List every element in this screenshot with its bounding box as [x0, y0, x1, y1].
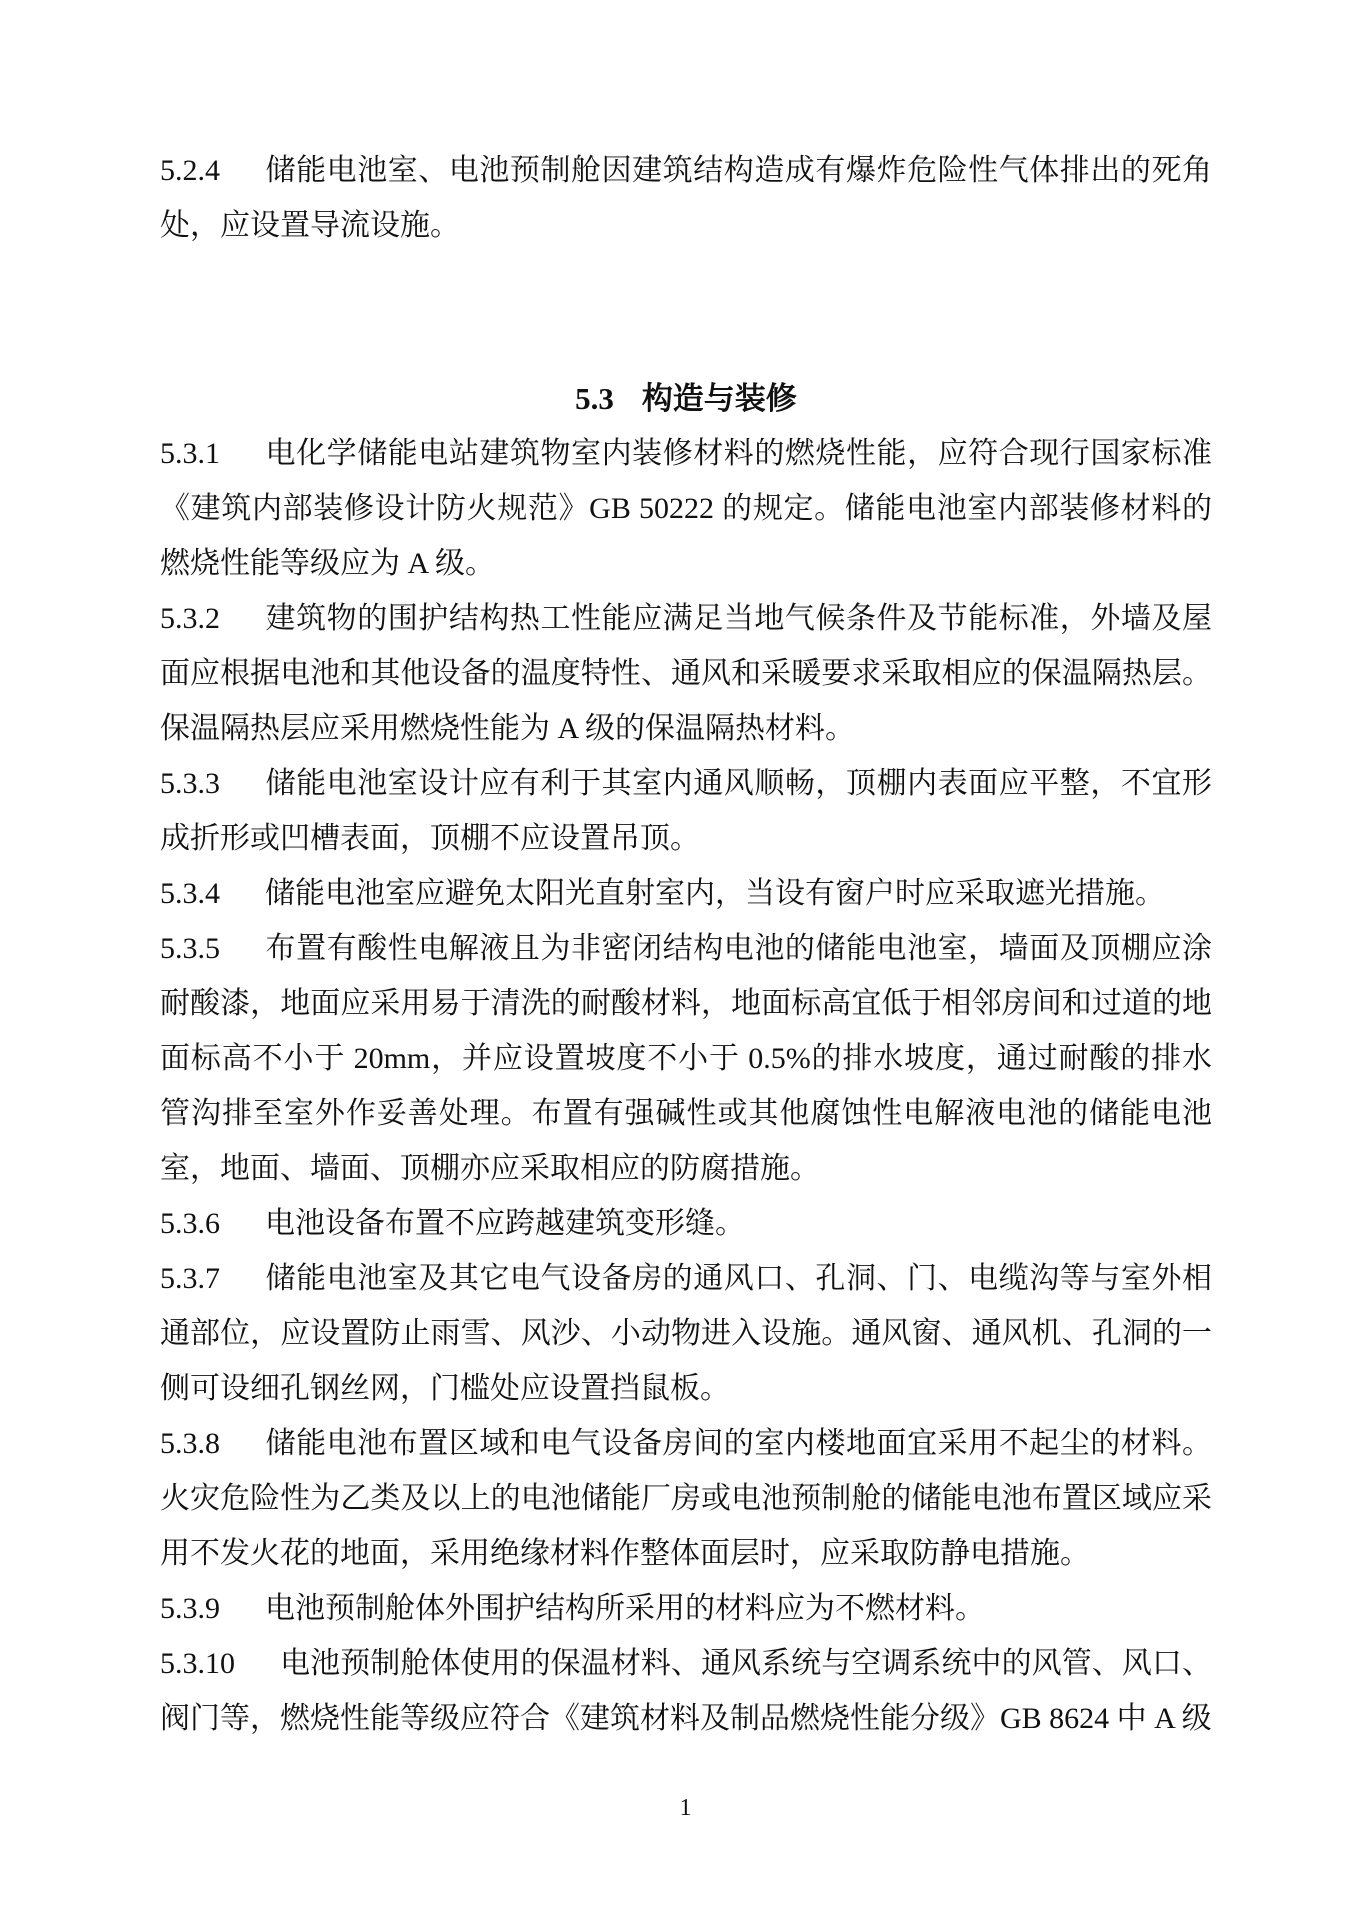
- clause-number: 5.3.3: [160, 767, 220, 800]
- clause-number: 5.2.4: [160, 154, 220, 187]
- clause-paragraph-533: 5.3.3储能电池室设计应有利于其室内通风顺畅，顶棚内表面应平整，不宜形成折形或…: [160, 756, 1212, 866]
- clause-number: 5.3.2: [160, 602, 220, 635]
- clause-paragraph-524: 5.2.4储能电池室、电池预制舱因建筑结构造成有爆炸危险性气体排出的死角处，应设…: [160, 143, 1212, 253]
- clause-text: 建筑物的围护结构热工性能应满足当地气候条件及节能标准，外墙及屋面应根据电池和其他…: [160, 602, 1212, 745]
- clause-text: 电池设备布置不应跨越建筑变形缝。: [265, 1207, 745, 1240]
- clause-text: 储能电池室应避免太阳光直射室内，当设有窗户时应采取遮光措施。: [265, 877, 1165, 910]
- clause-paragraph-532: 5.3.2建筑物的围护结构热工性能应满足当地气候条件及节能标准，外墙及屋面应根据…: [160, 591, 1212, 756]
- clause-number: 5.3.8: [160, 1427, 220, 1460]
- clause-text: 电化学储能电站建筑物室内装修材料的燃烧性能，应符合现行国家标准《建筑内部装修设计…: [160, 437, 1212, 580]
- clause-text: 电池预制舱体外围护结构所采用的材料应为不燃材料。: [265, 1592, 985, 1625]
- clause-text: 储能电池室、电池预制舱因建筑结构造成有爆炸危险性气体排出的死角处，应设置导流设施…: [160, 154, 1212, 242]
- clause-text: 储能电池室及其它电气设备房的通风口、孔洞、门、电缆沟等与室外相通部位，应设置防止…: [160, 1262, 1212, 1405]
- clause-text: 布置有酸性电解液且为非密闭结构电池的储能电池室，墙面及顶棚应涂耐酸漆，地面应采用…: [160, 932, 1212, 1185]
- clause-text: 电池预制舱体使用的保温材料、通风系统与空调系统中的风管、风口、阀门等，燃烧性能等…: [160, 1647, 1212, 1735]
- clause-paragraph-5310: 5.3.10电池预制舱体使用的保温材料、通风系统与空调系统中的风管、风口、阀门等…: [160, 1636, 1212, 1746]
- clause-paragraph-534: 5.3.4储能电池室应避免太阳光直射室内，当设有窗户时应采取遮光措施。: [160, 866, 1212, 921]
- clause-paragraph-536: 5.3.6电池设备布置不应跨越建筑变形缝。: [160, 1196, 1212, 1251]
- clause-paragraph-535: 5.3.5布置有酸性电解液且为非密闭结构电池的储能电池室，墙面及顶棚应涂耐酸漆，…: [160, 921, 1212, 1196]
- clause-number: 5.3.9: [160, 1592, 220, 1625]
- section-number: 5.3: [575, 381, 614, 416]
- document-page: 5.2.4储能电池室、电池预制舱因建筑结构造成有爆炸危险性气体排出的死角处，应设…: [0, 0, 1371, 1924]
- clause-number: 5.3.6: [160, 1207, 220, 1240]
- clause-number: 5.3.4: [160, 877, 220, 910]
- section-title: 构造与装修: [642, 381, 797, 416]
- clause-text: 储能电池布置区域和电气设备房间的室内楼地面宜采用不起尘的材料。火灾危险性为乙类及…: [160, 1427, 1212, 1570]
- clause-paragraph-537: 5.3.7储能电池室及其它电气设备房的通风口、孔洞、门、电缆沟等与室外相通部位，…: [160, 1251, 1212, 1416]
- page-number: 1: [0, 1793, 1371, 1823]
- clause-paragraph-539: 5.3.9电池预制舱体外围护结构所采用的材料应为不燃材料。: [160, 1581, 1212, 1636]
- clause-text: 储能电池室设计应有利于其室内通风顺畅，顶棚内表面应平整，不宜形成折形或凹槽表面，…: [160, 767, 1212, 855]
- clause-number: 5.3.1: [160, 437, 220, 470]
- clause-number: 5.3.7: [160, 1262, 220, 1295]
- clause-number: 5.3.5: [160, 932, 220, 965]
- clause-number: 5.3.10: [160, 1647, 235, 1680]
- section-heading: 5.3构造与装修: [160, 371, 1212, 426]
- clause-paragraph-531: 5.3.1电化学储能电站建筑物室内装修材料的燃烧性能，应符合现行国家标准《建筑内…: [160, 426, 1212, 591]
- clause-paragraph-538: 5.3.8储能电池布置区域和电气设备房间的室内楼地面宜采用不起尘的材料。火灾危险…: [160, 1416, 1212, 1581]
